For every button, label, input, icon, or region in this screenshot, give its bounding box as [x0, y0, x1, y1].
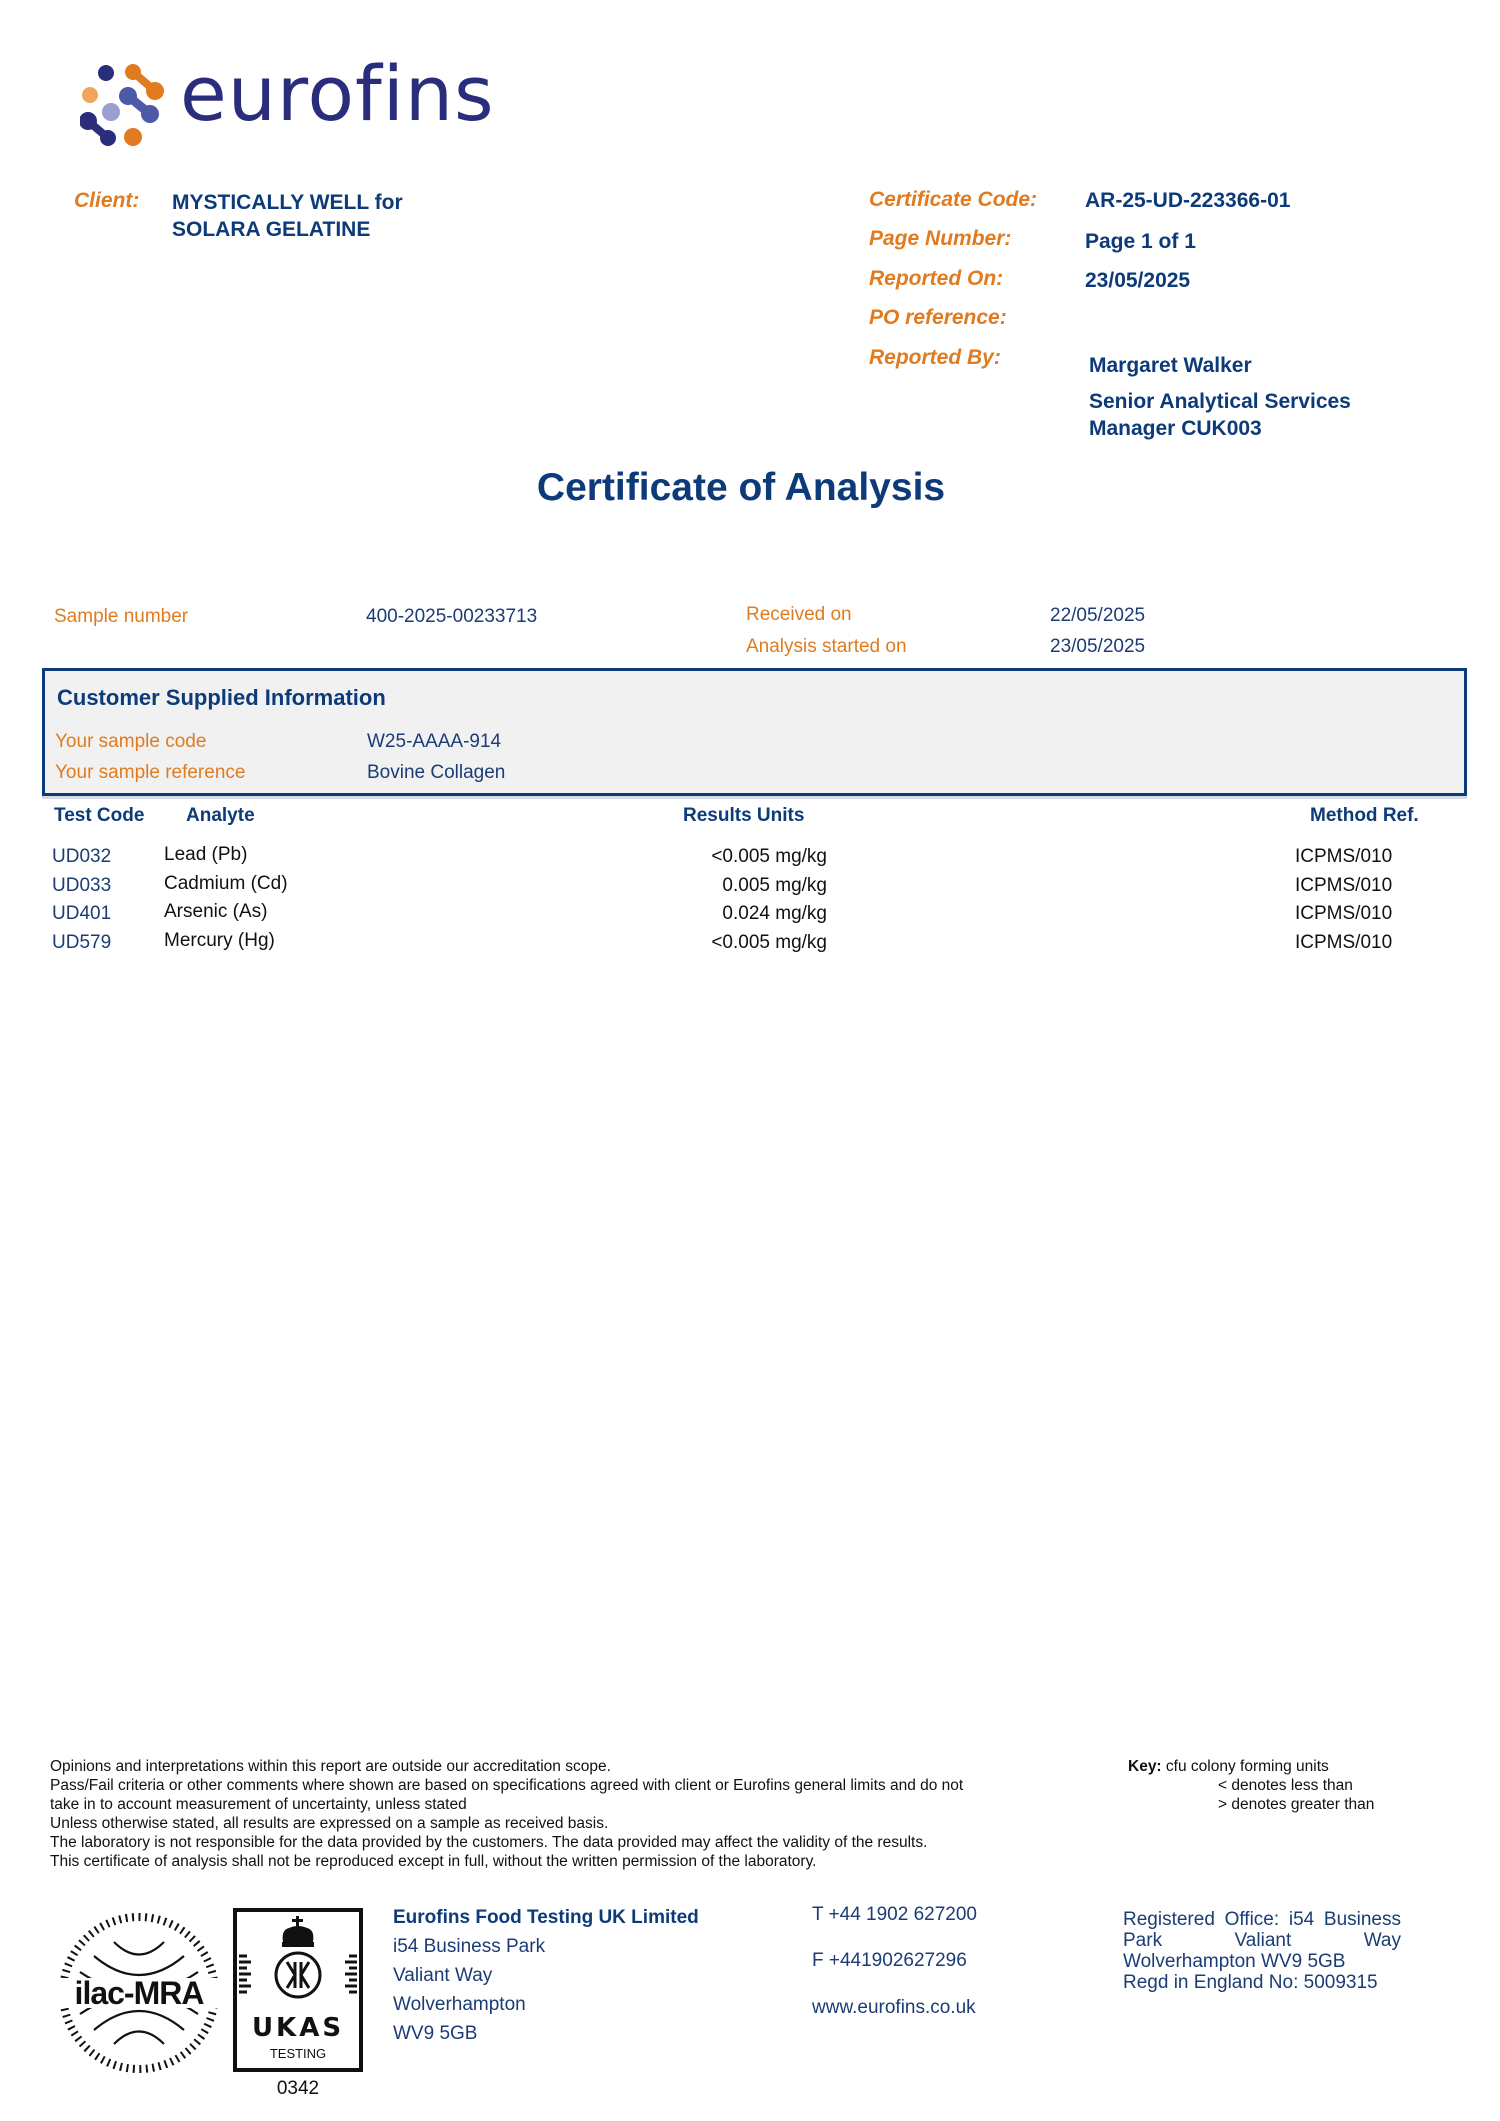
key-item-cfu: cfu colony forming units: [1166, 1758, 1329, 1775]
address-line: WV9 5GB: [393, 2019, 699, 2048]
ukas-crown-icon: UKAS TESTING: [237, 1912, 359, 2068]
test-code-cell: UD579: [52, 932, 111, 954]
customer-supplied-info-box: Customer Supplied Information Your sampl…: [42, 668, 1467, 796]
registration-number: Regd in England No: 5009315: [1123, 1972, 1401, 1993]
svg-text:TESTING: TESTING: [270, 2046, 326, 2061]
sample-code-label: Your sample code: [55, 731, 206, 753]
address-line: i54 Business Park: [393, 1932, 699, 1961]
result-cell: <0.005 mg/kg: [711, 846, 827, 868]
certificate-code: AR-25-UD-223366-01: [1085, 187, 1290, 214]
svg-text:ilac-MRA: ilac-MRA: [75, 1975, 205, 2011]
sample-reference-label: Your sample reference: [55, 762, 245, 784]
reported-on-label: Reported On:: [869, 267, 1003, 291]
key-item-greater-than: > denotes greater than: [1128, 1795, 1374, 1814]
footer-note: This certificate of analysis shall not b…: [50, 1852, 1130, 1871]
company-name: Eurofins Food Testing UK Limited: [393, 1903, 699, 1932]
ukas-logo: UKAS TESTING: [233, 1908, 363, 2072]
sample-number: 400-2025-00233713: [366, 606, 537, 628]
result-cell: 0.005 mg/kg: [722, 875, 827, 897]
page-number-label: Page Number:: [869, 227, 1011, 251]
registered-office: Registered Office: i54 Business Park Val…: [1123, 1909, 1401, 1993]
customer-info-title: Customer Supplied Information: [57, 685, 386, 711]
key-section: Key: cfu colony forming units < denotes …: [1128, 1757, 1374, 1814]
client-name: MYSTICALLY WELL for SOLARA GELATINE: [172, 189, 403, 243]
analyte-cell: Lead (Pb): [164, 844, 247, 866]
client-line-2: SOLARA GELATINE: [172, 216, 403, 243]
eurofins-logo: eurofins: [80, 62, 480, 147]
ilac-mra-logo: ilac-MRA: [58, 1912, 220, 2074]
received-on: 22/05/2025: [1050, 605, 1145, 627]
fax-number: F +441902627296: [812, 1946, 967, 1975]
reported-on: 23/05/2025: [1085, 267, 1190, 294]
method-ref-cell: ICPMS/010: [1295, 846, 1392, 868]
po-reference-label: PO reference:: [869, 306, 1007, 330]
test-code-cell: UD032: [52, 846, 111, 868]
certificate-code-label: Certificate Code:: [869, 188, 1037, 212]
svg-text:UKAS: UKAS: [252, 2013, 344, 2043]
client-line-1: MYSTICALLY WELL for: [172, 189, 403, 216]
received-on-label: Received on: [746, 604, 852, 626]
analyte-cell: Cadmium (Cd): [164, 873, 288, 895]
ukas-accreditation-number: 0342: [233, 2078, 363, 2100]
footer-note: Pass/Fail criteria or other comments whe…: [50, 1776, 1130, 1795]
header-results-units: Results Units: [683, 805, 804, 827]
test-code-cell: UD401: [52, 903, 111, 925]
reported-by-title-line-2: Manager CUK003: [1089, 415, 1351, 442]
analysis-started: 23/05/2025: [1050, 636, 1145, 658]
sample-number-label: Sample number: [54, 606, 188, 628]
company-address: Eurofins Food Testing UK Limited i54 Bus…: [393, 1903, 699, 2048]
analysis-started-label: Analysis started on: [746, 636, 907, 658]
reported-by-title: Senior Analytical Services Manager CUK00…: [1089, 388, 1351, 442]
method-ref-cell: ICPMS/010: [1295, 932, 1392, 954]
key-item-less-than: < denotes less than: [1128, 1776, 1374, 1795]
logo-wordmark: eurofins: [180, 56, 495, 132]
registered-office-address: Registered Office: i54 Business Park Val…: [1123, 1909, 1401, 1972]
website-link[interactable]: www.eurofins.co.uk: [812, 1993, 976, 2022]
result-cell: 0.024 mg/kg: [722, 903, 827, 925]
method-ref-cell: ICPMS/010: [1295, 903, 1392, 925]
analyte-cell: Arsenic (As): [164, 901, 267, 923]
header-test-code: Test Code: [54, 805, 144, 827]
analyte-cell: Mercury (Hg): [164, 930, 275, 952]
result-cell: <0.005 mg/kg: [711, 932, 827, 954]
reported-by-label: Reported By:: [869, 346, 1001, 370]
address-line: Valiant Way: [393, 1961, 699, 1990]
page-title: Certificate of Analysis: [0, 466, 1482, 510]
page-number: Page 1 of 1: [1085, 228, 1196, 255]
key-label: Key:: [1128, 1758, 1162, 1775]
reported-by-name: Margaret Walker: [1089, 352, 1252, 379]
phone-number: T +44 1902 627200: [812, 1900, 977, 1929]
footer-note: take in to account measurement of uncert…: [50, 1795, 1130, 1814]
footer-note: Unless otherwise stated, all results are…: [50, 1814, 1130, 1833]
sample-reference: Bovine Collagen: [367, 762, 505, 784]
eurofins-dots-icon: [80, 62, 170, 147]
address-line: Wolverhampton: [393, 1990, 699, 2019]
footer-note: Opinions and interpretations within this…: [50, 1757, 1130, 1776]
footer-note: The laboratory is not responsible for th…: [50, 1833, 1130, 1852]
test-code-cell: UD033: [52, 875, 111, 897]
header-analyte: Analyte: [186, 805, 255, 827]
method-ref-cell: ICPMS/010: [1295, 875, 1392, 897]
client-label: Client:: [74, 189, 139, 213]
sample-code: W25-AAAA-914: [367, 731, 501, 753]
footer-notes: Opinions and interpretations within this…: [50, 1757, 1130, 1871]
ilac-mra-seal-icon: ilac-MRA: [58, 1912, 220, 2074]
reported-by-title-line-1: Senior Analytical Services: [1089, 388, 1351, 415]
header-method-ref: Method Ref.: [1310, 805, 1419, 827]
